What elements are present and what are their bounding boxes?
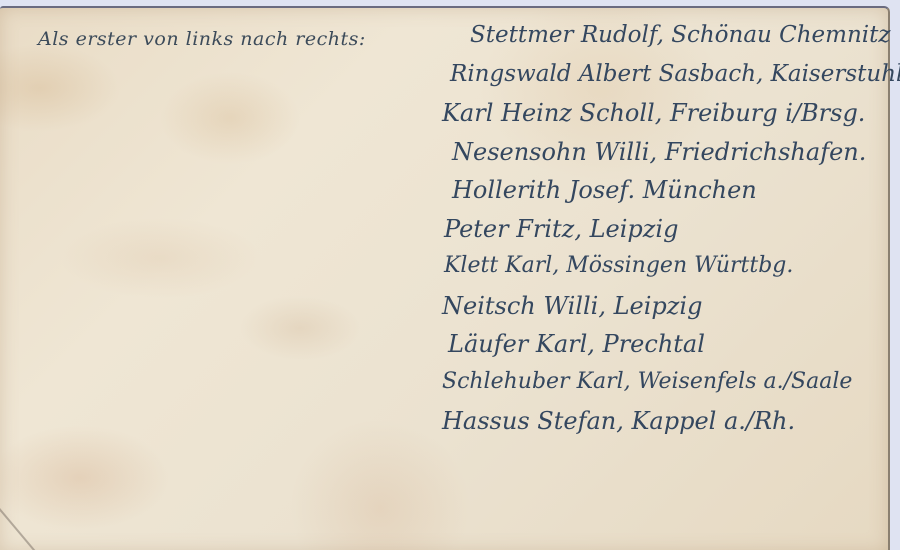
paper-crease bbox=[0, 508, 39, 550]
hometown: Kappel a./Rh. bbox=[631, 407, 795, 435]
hometown: Weisenfels a./Saale bbox=[638, 369, 853, 394]
list-item: Hollerith Josef. München bbox=[452, 176, 900, 215]
hometown: Leipzig bbox=[590, 215, 679, 243]
hometown: Freiburg i/Brsg. bbox=[670, 99, 865, 127]
hometown: Mössingen Württbg. bbox=[566, 253, 793, 278]
hometown: Friedrichshafen. bbox=[665, 138, 867, 166]
hometown: Sasbach, Kaiserstuhl bbox=[659, 61, 900, 87]
separator bbox=[651, 61, 658, 87]
person-name: Neitsch Willi bbox=[442, 292, 598, 320]
separator: , bbox=[616, 407, 631, 435]
separator: , bbox=[649, 138, 664, 166]
hometown: München bbox=[643, 176, 757, 204]
hometown: Schönau Chemnitz bbox=[671, 22, 890, 48]
person-name: Ringswald Albert bbox=[450, 61, 651, 87]
person-name: Hollerith Josef bbox=[452, 176, 627, 204]
caption-heading: Als erster von links nach rechts: bbox=[38, 28, 366, 50]
person-name: Nesensohn Willi bbox=[452, 138, 649, 166]
hometown: Prechtal bbox=[603, 330, 705, 358]
names-list: Stettmer Rudolf, Schönau Chemnitz Ringsw… bbox=[440, 22, 893, 446]
list-item: Stettmer Rudolf, Schönau Chemnitz bbox=[470, 22, 900, 61]
list-item: Nesensohn Willi, Friedrichshafen. bbox=[452, 138, 900, 177]
list-item: Klett Karl, Mössingen Württbg. bbox=[444, 253, 897, 292]
list-item: Schlehuber Karl, Weisenfels a./Saale bbox=[442, 369, 895, 408]
separator: , bbox=[655, 99, 670, 127]
list-item: Karl Heinz Scholl, Freiburg i/Brsg. bbox=[442, 99, 895, 138]
list-item: Läufer Karl, Prechtal bbox=[448, 330, 900, 369]
person-name: Stettmer Rudolf bbox=[470, 22, 657, 48]
list-item: Hassus Stefan, Kappel a./Rh. bbox=[442, 407, 895, 446]
list-item: Neitsch Willi, Leipzig bbox=[442, 292, 895, 331]
separator: , bbox=[552, 253, 566, 278]
person-name: Läufer Karl bbox=[448, 330, 587, 358]
list-item: Peter Fritz, Leipzig bbox=[444, 215, 897, 254]
separator: , bbox=[587, 330, 602, 358]
person-name: Klett Karl bbox=[444, 253, 552, 278]
separator: , bbox=[598, 292, 613, 320]
person-name: Schlehuber Karl bbox=[442, 369, 624, 394]
person-name: Peter Fritz bbox=[444, 215, 574, 243]
photo-back-card: Als erster von links nach rechts: Stettm… bbox=[0, 6, 890, 550]
separator: , bbox=[574, 215, 589, 243]
separator: , bbox=[657, 22, 672, 48]
hometown: Leipzig bbox=[614, 292, 703, 320]
person-name: Karl Heinz Scholl bbox=[442, 99, 655, 127]
list-item: Ringswald Albert Sasbach, Kaiserstuhl bbox=[450, 61, 900, 100]
separator: . bbox=[627, 176, 642, 204]
separator: , bbox=[624, 369, 638, 394]
person-name: Hassus Stefan bbox=[442, 407, 616, 435]
